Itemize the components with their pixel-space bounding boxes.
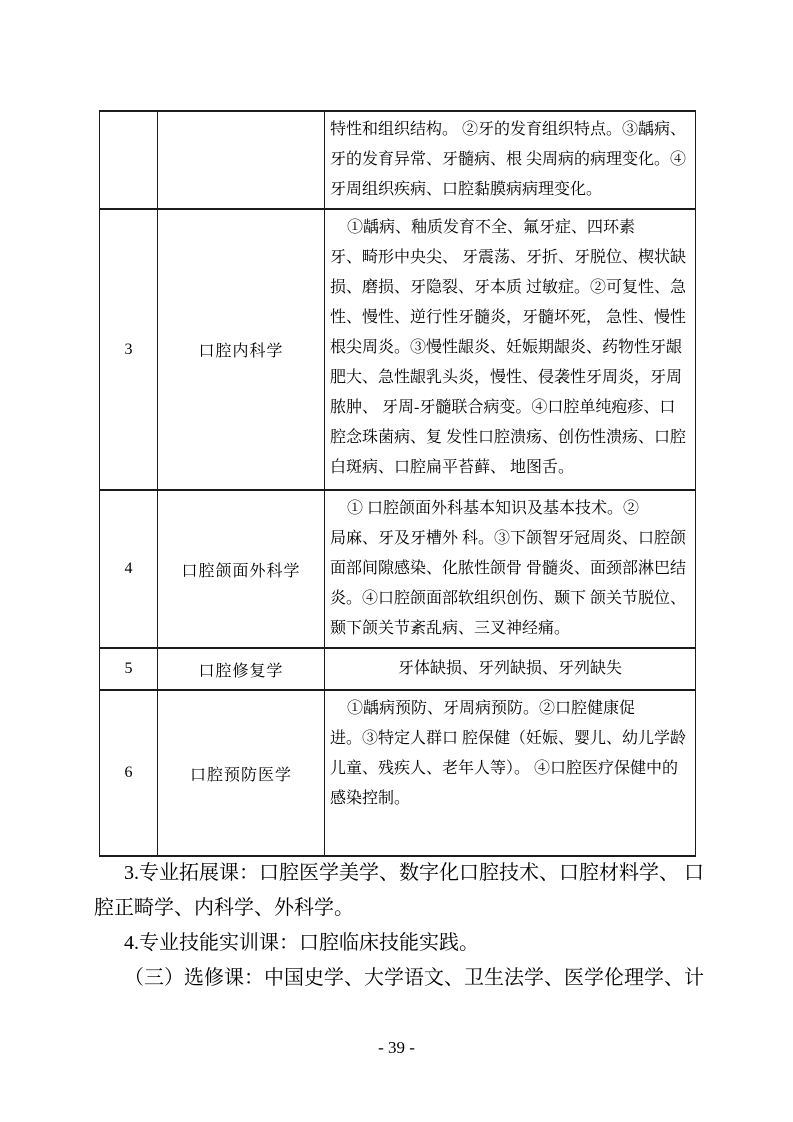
page-number: - 39 -	[0, 1038, 793, 1058]
course-name-cell: 口腔预防医学	[158, 690, 325, 856]
row-number-cell: 4	[100, 490, 158, 648]
table-row-continuation: 特性和组织结构。 ②牙的发育组织特点。③龋病、 牙的发育异常、牙髓病、根 尖周病…	[100, 111, 696, 209]
table-row-5: 5 口腔修复学 牙体缺损、牙列缺损、牙列缺失	[100, 648, 696, 690]
paragraph-elective-courses: （三）选修课：中国史学、大学语文、卫生法学、医学伦理学、计	[94, 961, 722, 996]
table-row-3: 3 口腔内科学 ①龋病、釉质发育不全、氟牙症、四环素 牙、畸形中央尖、 牙震荡、…	[100, 209, 696, 490]
row-number-cell: 3	[100, 209, 158, 490]
course-content-cell: 牙体缺损、牙列缺损、牙列缺失	[325, 648, 696, 690]
course-content-cell: 特性和组织结构。 ②牙的发育组织特点。③龋病、 牙的发育异常、牙髓病、根 尖周病…	[325, 111, 696, 209]
course-name-cell: 口腔颌面外科学	[158, 490, 325, 648]
table-row-6: 6 口腔预防医学 ①龋病预防、牙周病预防。②口腔健康促 进。③特定人群口 腔保健…	[100, 690, 696, 856]
paragraph-skill-training-courses: 4.专业技能实训课：口腔临床技能实践。	[94, 926, 722, 961]
curriculum-table: 特性和组织结构。 ②牙的发育组织特点。③龋病、 牙的发育异常、牙髓病、根 尖周病…	[99, 110, 696, 857]
course-name-cell: 口腔修复学	[158, 648, 325, 690]
paragraph-expansion-courses: 3.专业拓展课：口腔医学美学、数字化口腔技术、口腔材料学、 口 腔正畸学、内科学…	[94, 856, 722, 926]
course-content-cell: ①龋病、釉质发育不全、氟牙症、四环素 牙、畸形中央尖、 牙震荡、牙折、牙脱位、楔…	[325, 209, 696, 490]
body-text-block: 3.专业拓展课：口腔医学美学、数字化口腔技术、口腔材料学、 口 腔正畸学、内科学…	[94, 856, 722, 996]
row-number-cell: 5	[100, 648, 158, 690]
row-number-cell	[100, 111, 158, 209]
course-content-cell: ① 口腔颌面外科基本知识及基本技术。② 局麻、牙及牙槽外 科。③下颌智牙冠周炎、…	[325, 490, 696, 648]
row-number-cell: 6	[100, 690, 158, 856]
document-page: 特性和组织结构。 ②牙的发育组织特点。③龋病、 牙的发育异常、牙髓病、根 尖周病…	[0, 0, 793, 1122]
course-content-cell: ①龋病预防、牙周病预防。②口腔健康促 进。③特定人群口 腔保健（妊娠、婴儿、幼儿…	[325, 690, 696, 856]
course-name-cell	[158, 111, 325, 209]
table-row-4: 4 口腔颌面外科学 ① 口腔颌面外科基本知识及基本技术。② 局麻、牙及牙槽外 科…	[100, 490, 696, 648]
course-name-cell: 口腔内科学	[158, 209, 325, 490]
